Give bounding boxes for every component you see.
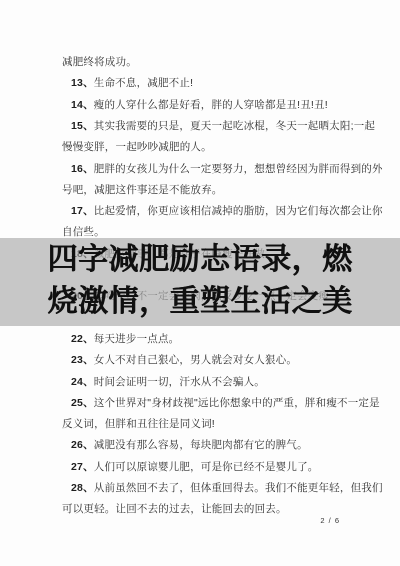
text-line: 可以更轻。让回不去的过去，让能回去的回去。 (62, 501, 362, 516)
text-line: 15、其实我需要的只是，夏天一起吃冰棍，冬天一起晒太阳;一起 (71, 118, 371, 133)
text-line: 16、肥胖的女孩儿为什么一定要努力，想想曾经因为胖而得到的外 (71, 161, 371, 176)
item-text: 肥胖的女孩儿为什么一定要努力，想想曾经因为胖而得到的外 (94, 163, 383, 175)
item-text: 减肥没有那么容易，每块肥肉都有它的脾气。 (94, 439, 308, 451)
item-number: 13、 (71, 77, 94, 89)
item-number: 17、 (71, 205, 94, 217)
item-text: 这个世界对"身材歧视"远比你想象中的严重，胖和瘦不一定是 (94, 397, 380, 409)
page-number: 2 / 6 (0, 516, 340, 525)
text-line: 28、从前虽然回不去了，但体重回得去。我们不能更年轻，但我们 (71, 480, 371, 495)
text-line: 25、这个世界对"身材歧视"远比你想象中的严重，胖和瘦不一定是 (71, 395, 371, 410)
item-number: 27、 (71, 461, 94, 473)
text-line: 22、每天进步一点点。 (71, 331, 371, 346)
item-number: 24、 (71, 376, 94, 388)
title-banner: 四字减肥励志语录，燃 烧激情，重塑生活之美 (0, 239, 400, 323)
item-text: 比起爱情，你更应该相信减掉的脂肪，因为它们每次都会让你 (94, 205, 383, 217)
item-text: 从前虽然回不去了，但体重回得去。我们不能更年轻，但我们 (94, 482, 383, 494)
text-line: 27、人们可以原谅婴儿肥，可是你已经不是婴儿了。 (71, 459, 371, 474)
item-number: 25、 (71, 397, 94, 409)
item-text: 生命不息，减肥不止! (94, 77, 193, 89)
document-page: 减肥终将成功。13、生命不息，减肥不止!14、瘦的人穿什么都是好看，胖的人穿啥都… (0, 0, 400, 566)
item-number: 23、 (71, 354, 94, 366)
text-line: 13、生命不息，减肥不止! (71, 75, 371, 90)
text-line: 24、时间会证明一切，汗水从不会骗人。 (71, 374, 371, 389)
item-text: 每天进步一点点。 (94, 333, 180, 345)
banner-title-line1: 四字减肥励志语录，燃 (0, 239, 400, 281)
item-number: 14、 (71, 99, 94, 111)
text-line: 14、瘦的人穿什么都是好看，胖的人穿啥都是丑!丑!丑! (71, 97, 371, 112)
text-line: 减肥终将成功。 (62, 54, 362, 69)
text-line: 23、女人不对自己狠心，男人就会对女人狠心。 (71, 352, 371, 367)
text-line: 慢慢变胖，一起吵吵减肥的人。 (62, 139, 362, 154)
item-number: 15、 (71, 120, 94, 132)
text-line: 17、比起爱情，你更应该相信减掉的脂肪，因为它们每次都会让你 (71, 203, 371, 218)
text-line: 自信些。 (62, 224, 362, 239)
item-number: 22、 (71, 333, 94, 345)
text-line: 26、减肥没有那么容易，每块肥肉都有它的脾气。 (71, 437, 371, 452)
item-text: 时间会证明一切，汗水从不会骗人。 (94, 376, 265, 388)
item-number: 26、 (71, 439, 94, 451)
item-text: 女人不对自己狠心，男人就会对女人狠心。 (94, 354, 297, 366)
item-number: 28、 (71, 482, 94, 494)
text-line: 反义词，但胖和丑往往是同义词! (62, 416, 362, 431)
item-text: 人们可以原谅婴儿肥，可是你已经不是婴儿了。 (94, 461, 319, 473)
item-text: 瘦的人穿什么都是好看，胖的人穿啥都是丑!丑!丑! (94, 99, 328, 111)
banner-title-line2: 烧激情，重塑生活之美 (0, 281, 400, 323)
text-line: 号吧，减肥这件事还是不能放弃。 (62, 182, 362, 197)
item-text: 其实我需要的只是，夏天一起吃冰棍，冬天一起晒太阳;一起 (94, 120, 375, 132)
item-number: 16、 (71, 163, 94, 175)
